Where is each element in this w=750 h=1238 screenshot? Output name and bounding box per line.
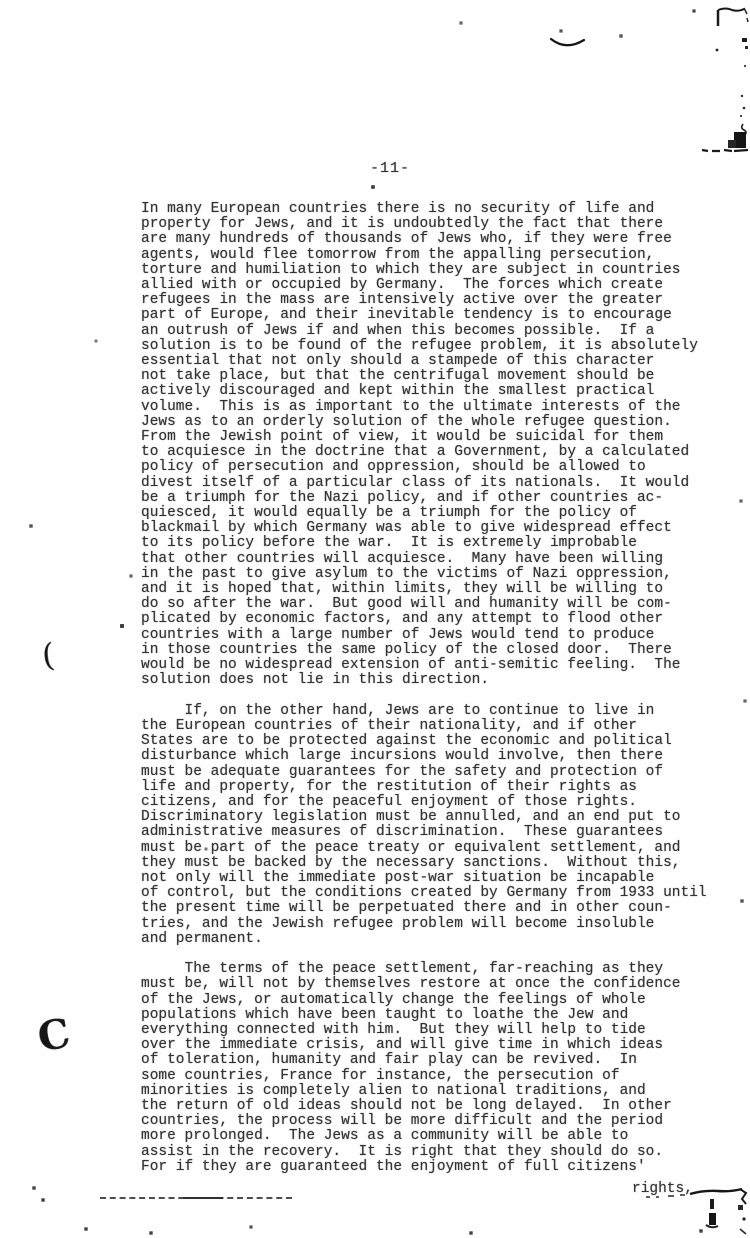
pen-swoosh-mark xyxy=(548,34,588,52)
paragraph-refugee-security: In many European countries there is no s… xyxy=(141,202,716,689)
scan-smudge-bottom-right xyxy=(640,1185,750,1238)
scan-noise-speckles xyxy=(0,0,2,2)
document-body: In many European countries there is no s… xyxy=(141,202,716,1190)
handwritten-c-mark: C xyxy=(34,1010,74,1062)
paragraph-guarantees: If, on the other hand, Jews are to conti… xyxy=(141,704,716,947)
page-number: -11- xyxy=(0,160,750,177)
scan-smudge-top-right xyxy=(698,4,750,164)
paragraph-peace-settlement: The terms of the peace settlement, far-r… xyxy=(141,962,716,1175)
handwritten-paren-mark: ( xyxy=(40,635,56,674)
scan-dash-segment-artifact xyxy=(183,1197,223,1199)
scanned-document-page: -11- In many European countries there is… xyxy=(0,0,750,1238)
